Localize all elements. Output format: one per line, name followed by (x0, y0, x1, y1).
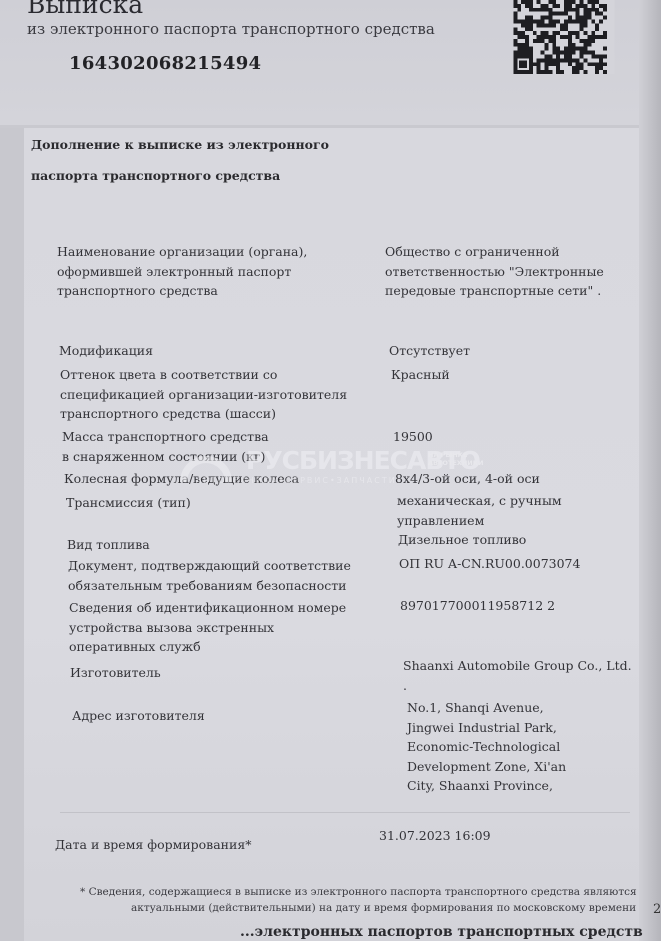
document-number: 164302068215494 (69, 53, 261, 74)
generated-label: Дата и время формирования* (55, 835, 251, 855)
row-label: Адрес изготовителя (72, 706, 205, 726)
row-value: Дизельное топливо (398, 530, 526, 550)
divider (60, 812, 630, 813)
document-title: Выписка (27, 0, 143, 19)
row-value: 19500 (393, 427, 433, 447)
row-label: Трансмиссия (тип) (66, 493, 191, 513)
row-value: Красный (391, 365, 450, 385)
generated-value: 31.07.2023 16:09 (379, 826, 491, 846)
row-value: 897017700011958712 2 (400, 596, 555, 616)
row-label: Масса транспортного средства в снаряженн… (62, 427, 269, 466)
row-value: 8x4/3-ой оси, 4-ой оси (395, 469, 540, 489)
footnote-line1: * Сведения, содержащиеся в выписке из эл… (80, 883, 637, 902)
page-edge-shadow (639, 0, 661, 941)
sheet-edge (0, 128, 24, 941)
row-label: Изготовитель (70, 663, 161, 683)
supplement-title-line1: Дополнение к выписке из электронного (31, 137, 329, 152)
row-label: Колесная формула/ведущие колеса (64, 469, 299, 489)
row-label: Модификация (59, 341, 153, 361)
qr-code-icon (512, 0, 616, 74)
page-number: 2 (653, 902, 661, 917)
row-value: Отсутствует (389, 341, 470, 361)
row-value: механическая, с ручным управлением (397, 491, 562, 530)
row-value: ОП RU A-CN.RU00.0073074 (399, 554, 580, 574)
footnote-line2: актуальными (действительными) на дату и … (131, 902, 636, 914)
cut-off-heading: ...электронных паспортов транспортных ср… (240, 924, 643, 940)
row-label: Вид топлива (67, 535, 150, 555)
supplement-title-line2: паспорта транспортного средства (31, 168, 280, 183)
row-label: Сведения об идентификационном номере уст… (69, 598, 346, 657)
row-label: Документ, подтверждающий соответствие об… (68, 556, 351, 595)
row-value: Общество с ограниченной ответственностью… (385, 242, 604, 301)
row-label: Наименование организации (органа), оформ… (57, 242, 307, 301)
row-value: Shaanxi Automobile Group Co., Ltd. . (403, 656, 632, 695)
row-label: Оттенок цвета в соответствии со специфик… (60, 365, 347, 424)
row-value: No.1, Shanqi Avenue, Jingwei Industrial … (407, 698, 566, 796)
document-subtitle: из электронного паспорта транспортного с… (27, 20, 435, 38)
